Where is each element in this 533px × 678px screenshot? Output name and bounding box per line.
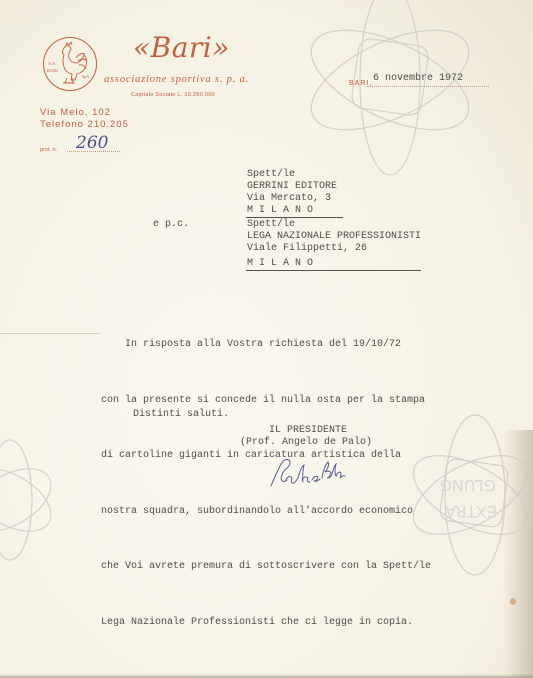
protocol-label: prot. n.	[40, 147, 57, 153]
body-line: Lega Nazionale Professionisti che ci leg…	[101, 614, 431, 633]
cc-city: M I L A N O	[247, 258, 313, 270]
body-line: che Voi avrete premura di sottoscrivere …	[101, 558, 431, 577]
recipient-name: GERRINI EDITORE	[247, 181, 337, 193]
body-line: In risposta alla Vostra richiesta del 19…	[101, 336, 431, 355]
signatory-role: IL PRESIDENTE	[269, 425, 347, 437]
brand-title: «Bari»	[133, 31, 230, 64]
paper-shadow	[503, 430, 533, 678]
recipient-salutation: Spett/le	[247, 169, 295, 181]
recipient-city-underline	[246, 217, 343, 218]
recipient-street: Via Mercato, 3	[247, 193, 331, 205]
recipient-city: M I L A N O	[247, 205, 313, 217]
paper-fold	[0, 333, 100, 334]
paper-edge	[0, 674, 533, 678]
date-line	[367, 86, 489, 87]
paper-stain	[510, 598, 516, 605]
svg-text:A.S.: A.S.	[48, 61, 56, 66]
body-line: di cartoline giganti in caricatura artis…	[101, 447, 431, 466]
signatory-name: (Prof. Angelo de Palo)	[240, 437, 372, 449]
cc-salutation: Spett/le	[247, 219, 295, 231]
svg-text:SpA: SpA	[82, 74, 89, 79]
letter-body: In risposta alla Vostra richiesta del 19…	[101, 299, 431, 651]
svg-text:BARI: BARI	[47, 68, 58, 73]
cc-city-underline	[246, 270, 421, 271]
cc-label: e p.c.	[153, 219, 189, 231]
body-line: con la presente si concede il nulla osta…	[101, 392, 431, 411]
cc-street: Viale Filippetti, 26	[247, 243, 367, 255]
body-line: nostra squadra, subordinandolo all'accor…	[101, 503, 431, 522]
protocol-number: 260	[76, 133, 108, 153]
handwritten-signature	[268, 454, 348, 495]
share-capital: Capitale Sociale L. 10.250.000	[131, 92, 215, 98]
rooster-crest-icon: A.S. BARI SpA	[42, 36, 98, 92]
letter-date: 6 novembre 1972	[373, 73, 463, 85]
cc-name: LEGA NAZIONALE PROFESSIONISTI	[247, 231, 421, 243]
club-crest-logo: A.S. BARI SpA	[42, 36, 98, 92]
closing: Distinti saluti.	[133, 409, 229, 421]
brand-subtitle: associazione sportiva s. p. a.	[104, 74, 249, 85]
sender-address: Via Melo, 102	[40, 107, 111, 118]
sender-phone: Telefono 210.205	[40, 119, 129, 130]
